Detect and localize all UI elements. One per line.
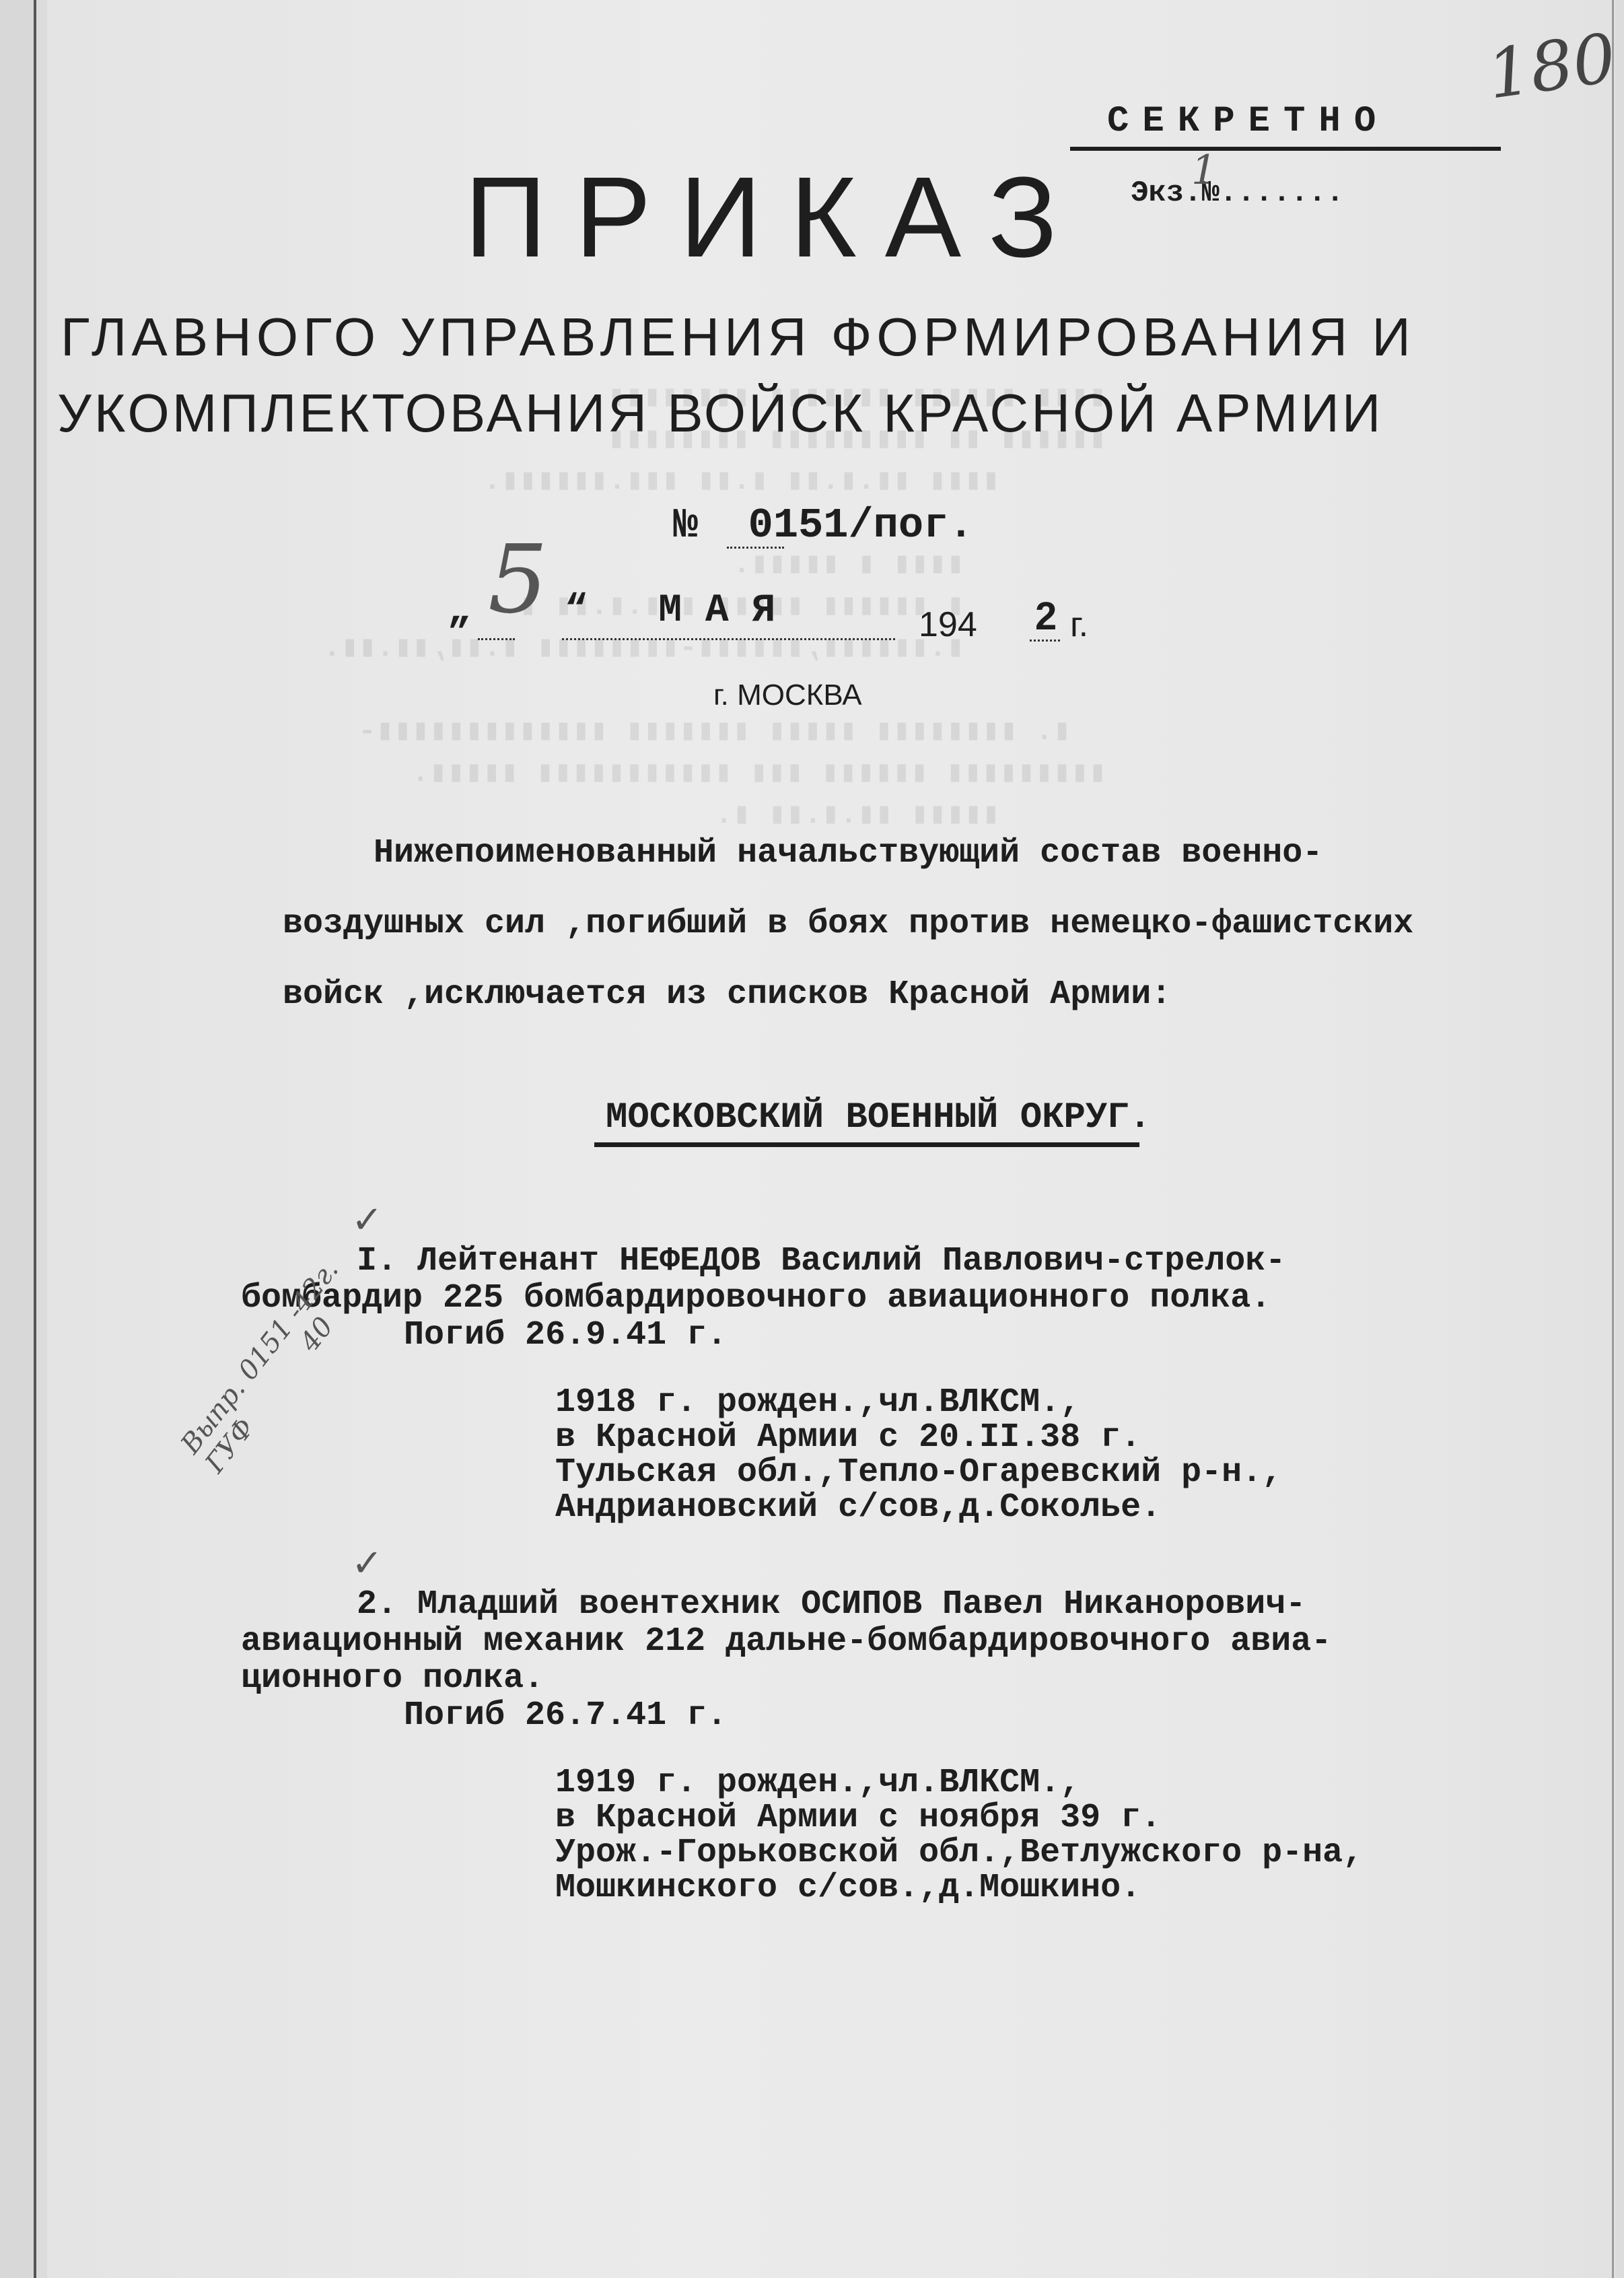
preamble-line-1: Нижепоименованный начальствующий состав … — [374, 818, 1322, 889]
preamble-line-3: войск ,исключается из списков Красной Ар… — [283, 959, 1171, 1030]
issuing-authority-line1: ГЛАВНОГО УПРАВЛЕНИЯ ФОРМИРОВАНИЯ И — [61, 306, 1415, 368]
issue-city: г. МОСКВА — [713, 679, 862, 712]
date-year-dotted-line — [1030, 640, 1060, 642]
entry-2-line-4: Погиб 26.7.41 г. — [323, 1693, 727, 1739]
district-heading: МОСКОВСКИЙ ВОЕННЫЙ ОКРУГ. — [606, 1097, 1151, 1138]
date-year-suffix: 2 — [1035, 594, 1057, 639]
order-number-value: 0151/пог. — [748, 502, 974, 549]
classification-underline — [1070, 147, 1501, 151]
entry-2-detail-4: Мошкинского с/сов.,д.Мошкино. — [555, 1865, 1141, 1911]
order-number-label: № — [673, 502, 698, 549]
district-underline — [594, 1142, 1139, 1147]
order-date: „ “ М А Я — [448, 589, 775, 633]
checkmark-icon: ✓ — [351, 1542, 383, 1585]
date-month: М А Я — [658, 589, 775, 633]
order-number-dotted-line — [727, 547, 784, 549]
date-quote-close: “ — [565, 589, 588, 633]
entry-1-detail-4: Андриановский с/сов,д.Соколье. — [555, 1485, 1161, 1531]
date-day-dotted-line — [478, 638, 515, 640]
scan-margin — [0, 0, 34, 2278]
issuing-authority-line2: УКОМПЛЕКТОВАНИЯ ВОЙСК КРАСНОЙ АРМИИ — [57, 382, 1383, 444]
copy-number-handwritten: 1 — [1191, 147, 1217, 194]
date-year-unit: г. — [1070, 605, 1088, 645]
order-number: № 0151/пог. — [673, 502, 974, 549]
checkmark-icon: ✓ — [351, 1198, 383, 1242]
page-binding-edge — [34, 0, 36, 2278]
copy-number-label: Экз.№....... — [1131, 176, 1344, 210]
entry-1-line-3: Погиб 26.9.41 г. — [283, 1313, 727, 1358]
classification-stamp: СЕКРЕТНО — [1107, 101, 1389, 142]
page-right-edge — [1612, 0, 1614, 2278]
document-title: ПРИКАЗ — [464, 151, 1086, 283]
preamble-line-2: воздушных сил ,погибший в боях против не… — [283, 889, 1413, 959]
date-month-dotted-line — [562, 638, 895, 640]
date-quote-open: „ — [448, 589, 471, 633]
date-year-prefix: 194 — [919, 605, 977, 645]
